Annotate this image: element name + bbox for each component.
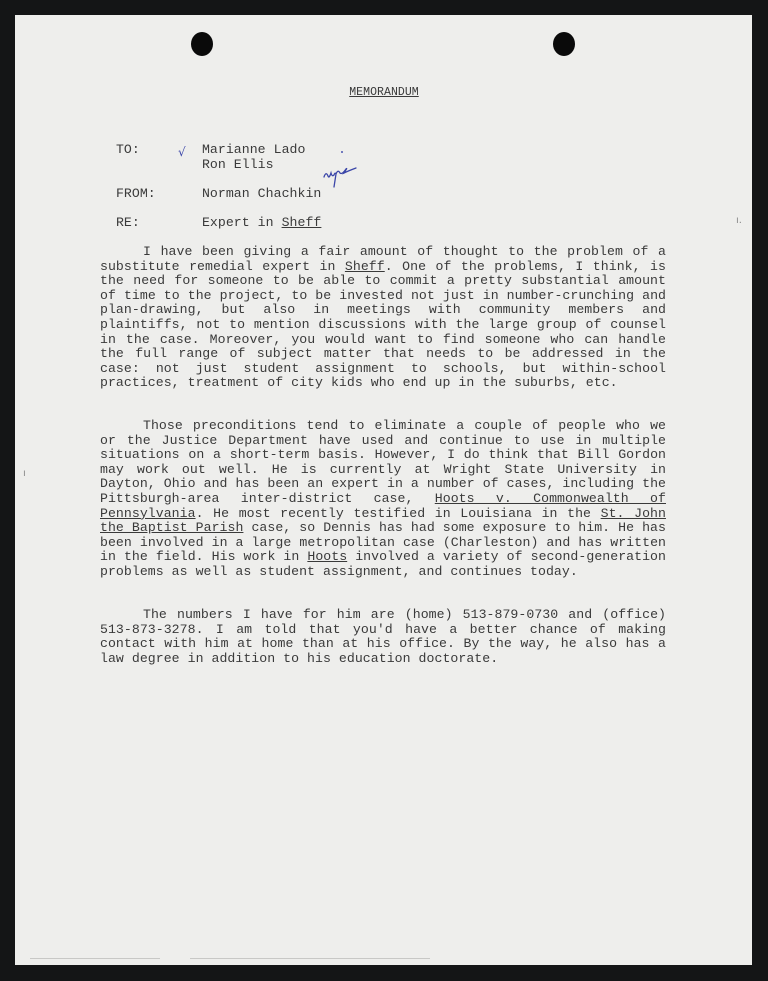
- to-recipient-2: Ron Ellis: [202, 157, 274, 172]
- punch-hole-left: [191, 32, 213, 56]
- scan-noise-footer: [30, 958, 160, 959]
- body-paragraph-3: The numbers I have for him are (home) 51…: [100, 608, 666, 666]
- from-label: FROM:: [116, 187, 202, 202]
- ink-dot: [341, 151, 343, 153]
- scan-mark-left: ı: [23, 468, 26, 479]
- punch-hole-right: [553, 32, 575, 56]
- handwritten-initials-icon: [322, 165, 362, 189]
- memo-title: MEMORANDUM: [0, 86, 768, 99]
- case-name-hoots: Hoots: [307, 549, 347, 564]
- to-row-2: Ron Ellis: [100, 143, 274, 172]
- re-row: RE:Expert in Sheff: [100, 201, 321, 230]
- from-row: FROM:Norman Chachkin: [100, 172, 321, 201]
- body-paragraph-1: I have been giving a fair amount of thou…: [100, 245, 666, 391]
- from-value: Norman Chachkin: [202, 186, 321, 201]
- checkmark-icon: √: [178, 145, 186, 159]
- re-label: RE:: [116, 216, 202, 231]
- body-paragraph-2: Those preconditions tend to eliminate a …: [100, 419, 666, 580]
- scan-noise-footer-2: [190, 958, 430, 959]
- p2-text-2: . He most recently testified in Louisian…: [196, 506, 601, 521]
- case-name-sheff: Sheff: [345, 259, 385, 274]
- re-prefix: Expert in: [202, 215, 282, 230]
- scan-mark-right: ı.: [736, 215, 742, 226]
- p3-text-1: The numbers I have for him are (home) 51…: [100, 607, 666, 666]
- re-case-name: Sheff: [282, 215, 322, 230]
- p1-text-2: . One of the problems, I think, is the n…: [100, 259, 666, 391]
